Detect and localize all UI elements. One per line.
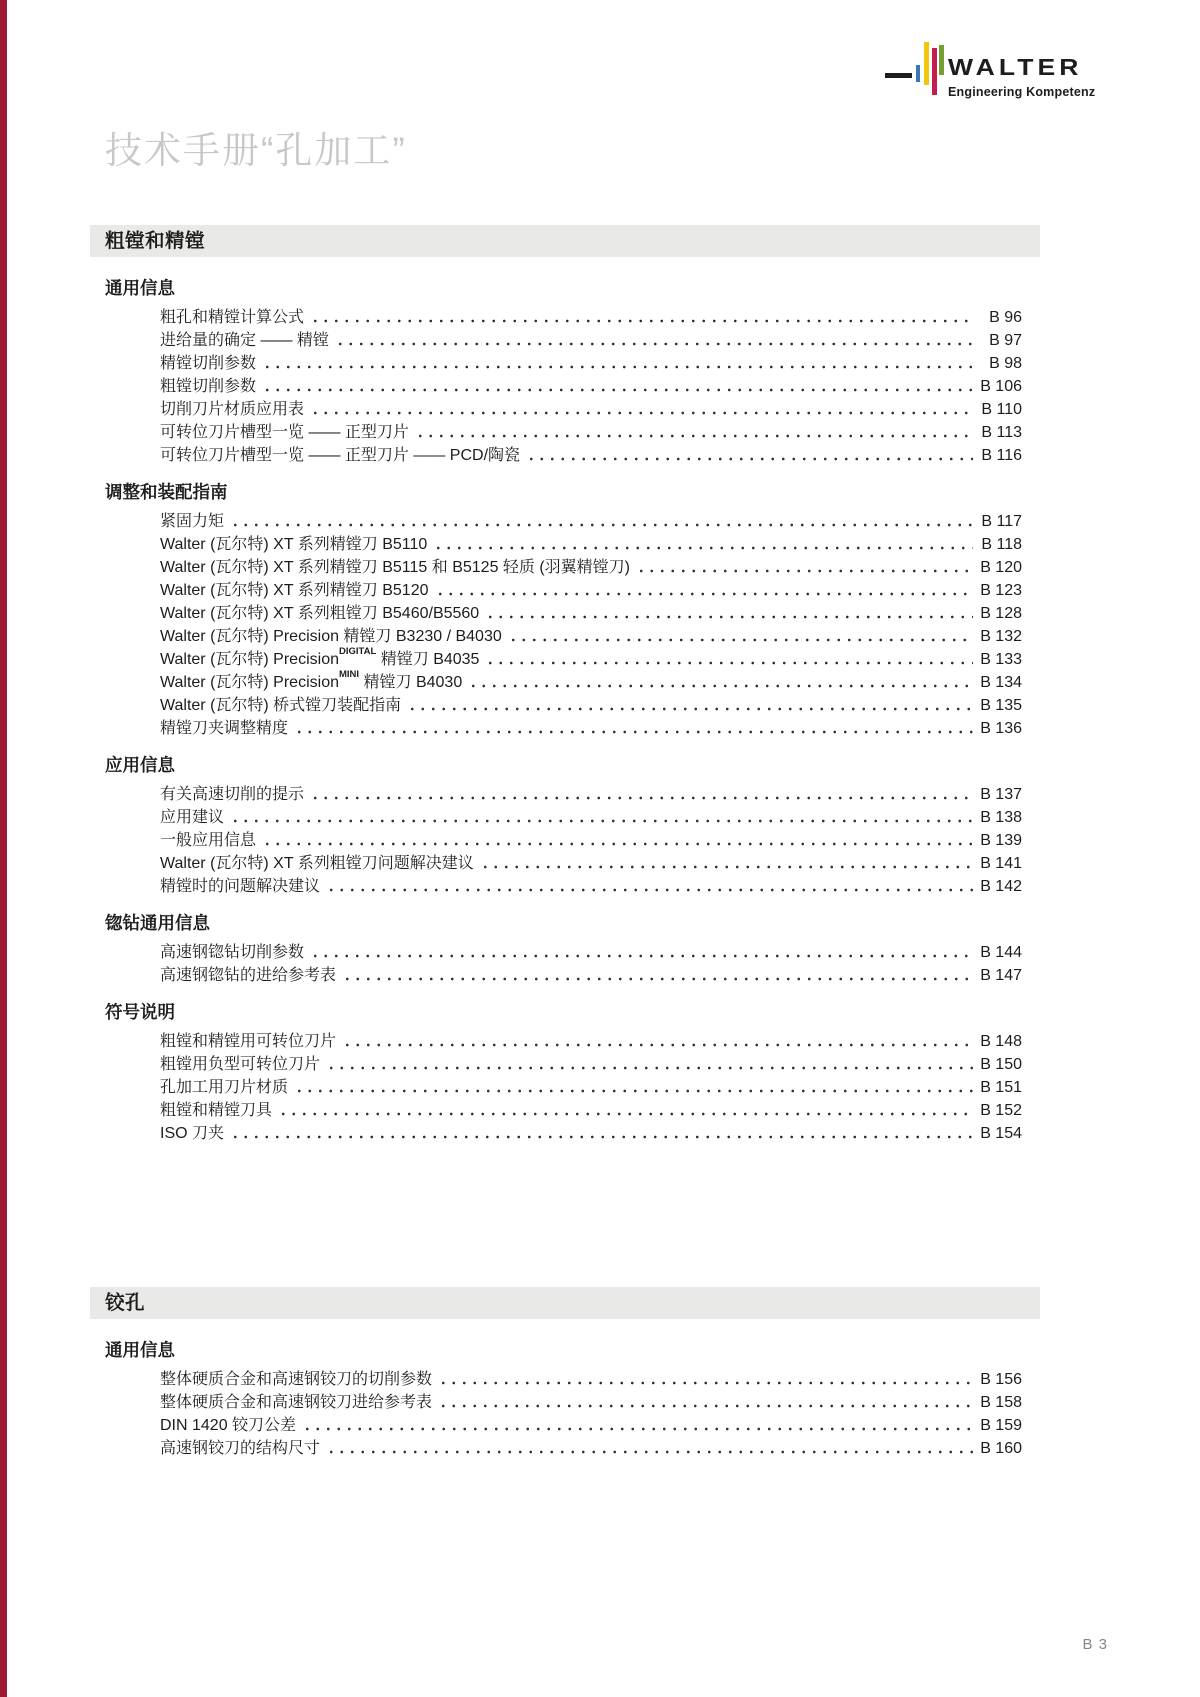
toc-page-number: B 138: [976, 806, 1022, 829]
toc-dot-leader: [310, 306, 973, 329]
toc-entry[interactable]: Walter (瓦尔特) XT 系列粗镗刀 B5460/B5560B 128: [90, 602, 1040, 625]
toc-page-number: B 141: [976, 852, 1022, 875]
toc-page-number: B 137: [976, 783, 1022, 806]
group-title: 应用信息: [90, 753, 1040, 777]
toc-dot-leader: [310, 398, 973, 421]
toc-page-number: B 151: [976, 1076, 1022, 1099]
label-text: 精镗刀 B4030: [359, 674, 462, 691]
toc-entry-label: Walter (瓦尔特) 桥式镗刀装配指南: [160, 694, 401, 717]
toc-page-number: B 118: [976, 533, 1022, 556]
label-text: DIN 1420 铰刀公差: [160, 1417, 296, 1434]
toc-entry-label: Walter (瓦尔特) XT 系列粗镗刀 B5460/B5560: [160, 602, 479, 625]
toc-group: 锪钻通用信息高速钢锪钻切削参数B 144高速钢锪钻的进给参考表B 147: [90, 911, 1040, 987]
toc-entry[interactable]: Walter (瓦尔特) XT 系列精镗刀 B5120B 123: [90, 579, 1040, 602]
toc-entry-label: 紧固力矩: [160, 510, 224, 533]
group-title: 锪钻通用信息: [90, 911, 1040, 935]
toc-group: 通用信息粗孔和精镗计算公式B 96进给量的确定 —— 精镗B 97精镗切削参数B…: [90, 276, 1040, 467]
toc-entry-label: 高速钢铰刀的结构尺寸: [160, 1437, 320, 1460]
toc-entry-label: Walter (瓦尔特) XT 系列精镗刀 B5115 和 B5125 轻质 (…: [160, 556, 630, 579]
toc-entry[interactable]: 粗镗和精镗刀具B 152: [90, 1099, 1040, 1122]
label-text: Walter (瓦尔特) XT 系列精镗刀 B5120: [160, 582, 429, 599]
toc-page-number: B 159: [976, 1414, 1022, 1437]
label-text: 粗镗切削参数: [160, 378, 256, 395]
toc-dot-leader: [485, 648, 973, 671]
toc-entry[interactable]: Walter (瓦尔特) XT 系列精镗刀 B5110B 118: [90, 533, 1040, 556]
toc-page-number: B 98: [976, 352, 1022, 375]
logo-dash: [885, 73, 912, 78]
toc-entry[interactable]: 精镗时的问题解决建议B 142: [90, 875, 1040, 898]
label-text: 粗镗和精镗用可转位刀片: [160, 1033, 336, 1050]
toc-page-number: B 139: [976, 829, 1022, 852]
toc-entry[interactable]: Walter (瓦尔特) 桥式镗刀装配指南B 135: [90, 694, 1040, 717]
label-text: 孔加工用刀片材质: [160, 1079, 288, 1096]
toc-entry-label: Walter (瓦尔特) PrecisionDIGITAL 精镗刀 B4035: [160, 648, 479, 671]
logo-tagline: Engineering Kompetenz: [948, 85, 1095, 99]
logo-bar-magenta: [932, 48, 937, 95]
toc-dot-leader: [230, 806, 973, 829]
toc-entry[interactable]: 高速钢锪钻切削参数B 144: [90, 941, 1040, 964]
label-text: 粗孔和精镗计算公式: [160, 309, 304, 326]
toc-entry-label: 精镗切削参数: [160, 352, 256, 375]
toc-page-number: B 97: [976, 329, 1022, 352]
toc-entry-label: 切削刀片材质应用表: [160, 398, 304, 421]
toc-dot-leader: [415, 421, 973, 444]
toc-entry-label: 应用建议: [160, 806, 224, 829]
toc-entry-label: Walter (瓦尔特) XT 系列精镗刀 B5110: [160, 533, 427, 556]
toc-page-number: B 136: [976, 717, 1022, 740]
toc-entry[interactable]: DIN 1420 铰刀公差B 159: [90, 1414, 1040, 1437]
toc-entry[interactable]: 粗镗和精镗用可转位刀片B 148: [90, 1030, 1040, 1053]
toc-dot-leader: [294, 717, 973, 740]
label-text: 精镗时的问题解决建议: [160, 878, 320, 895]
section-edge-strip: [0, 0, 7, 1697]
toc-dot-leader: [278, 1099, 973, 1122]
toc-dot-leader: [335, 329, 973, 352]
toc-dot-leader: [310, 783, 973, 806]
toc-entry[interactable]: 紧固力矩B 117: [90, 510, 1040, 533]
logo-bar-yellow: [924, 42, 929, 85]
toc-entry-label: Walter (瓦尔特) XT 系列粗镗刀问题解决建议: [160, 852, 474, 875]
label-text: 粗镗用负型可转位刀片: [160, 1056, 320, 1073]
toc-entry-label: 一般应用信息: [160, 829, 256, 852]
label-text: 高速钢锪钻的进给参考表: [160, 967, 336, 984]
toc-entry-label: 可转位刀片槽型一览 —— 正型刀片 —— PCD/陶瓷: [160, 444, 520, 467]
toc-entry-label: 精镗时的问题解决建议: [160, 875, 320, 898]
toc-page-number: B 160: [976, 1437, 1022, 1460]
toc-dot-leader: [262, 375, 973, 398]
toc-entry-label: Walter (瓦尔特) Precision 精镗刀 B3230 / B4030: [160, 625, 502, 648]
toc-entry[interactable]: Walter (瓦尔特) XT 系列精镗刀 B5115 和 B5125 轻质 (…: [90, 556, 1040, 579]
toc-page-number: B 144: [976, 941, 1022, 964]
label-text: 一般应用信息: [160, 832, 256, 849]
toc-page-number: B 134: [976, 671, 1022, 694]
toc-page-number: B 147: [976, 964, 1022, 987]
page-title: 技术手册“孔加工”: [105, 120, 407, 174]
label-superscript: DIGITAL: [339, 646, 376, 657]
logo-brand-text: WALTER: [948, 54, 1082, 81]
toc-entry[interactable]: 有关高速切削的提示B 137: [90, 783, 1040, 806]
label-text: 进给量的确定 —— 精镗: [160, 332, 329, 349]
group-title: 通用信息: [90, 276, 1040, 300]
toc-group: 应用信息有关高速切削的提示B 137应用建议B 138一般应用信息B 139Wa…: [90, 753, 1040, 898]
toc-entry[interactable]: 粗镗用负型可转位刀片B 150: [90, 1053, 1040, 1076]
toc-entry[interactable]: 应用建议B 138: [90, 806, 1040, 829]
page-number: B 3: [1082, 1636, 1108, 1653]
label-text: Walter (瓦尔特) 桥式镗刀装配指南: [160, 697, 401, 714]
label-text: 高速钢锪钻切削参数: [160, 944, 304, 961]
label-text: Walter (瓦尔特) XT 系列精镗刀 B5115 和 B5125 轻质 (…: [160, 559, 630, 576]
toc-dot-leader: [433, 533, 973, 556]
toc-section: 粗镗和精镗通用信息粗孔和精镗计算公式B 96进给量的确定 —— 精镗B 97精镗…: [90, 225, 1040, 1145]
toc-entry-label: 粗镗和精镗刀具: [160, 1099, 272, 1122]
label-superscript: MINI: [339, 669, 359, 680]
label-text: Walter (瓦尔特) Precision 精镗刀 B3230 / B4030: [160, 628, 502, 645]
label-text: 整体硬质合金和高速钢铰刀的切削参数: [160, 1371, 432, 1388]
toc-entry-label: 可转位刀片槽型一览 —— 正型刀片: [160, 421, 409, 444]
label-text: ISO 刀夹: [160, 1125, 224, 1142]
toc-entry-label: Walter (瓦尔特) PrecisionMINI 精镗刀 B4030: [160, 671, 462, 694]
toc-dot-leader: [485, 602, 973, 625]
label-text: 精镗刀夹调整精度: [160, 720, 288, 737]
toc-page-number: B 106: [976, 375, 1022, 398]
toc-page-number: B 142: [976, 875, 1022, 898]
section-header: 铰孔: [90, 1287, 1040, 1319]
toc-dot-leader: [326, 875, 973, 898]
toc-page-number: B 154: [976, 1122, 1022, 1145]
toc-dot-leader: [468, 671, 973, 694]
label-text: Walter (瓦尔特) XT 系列粗镗刀问题解决建议: [160, 855, 474, 872]
toc-entry-label: 高速钢锪钻切削参数: [160, 941, 304, 964]
toc-section: 铰孔通用信息整体硬质合金和高速钢铰刀的切削参数B 156整体硬质合金和高速钢铰刀…: [90, 1287, 1040, 1460]
toc-entry-label: 有关高速切削的提示: [160, 783, 304, 806]
toc-dot-leader: [407, 694, 973, 717]
toc-page-number: B 150: [976, 1053, 1022, 1076]
toc-page-number: B 120: [976, 556, 1022, 579]
label-text: 切削刀片材质应用表: [160, 401, 304, 418]
toc-entry-label: 整体硬质合金和高速钢铰刀的切削参数: [160, 1368, 432, 1391]
toc-root: 粗镗和精镗通用信息粗孔和精镗计算公式B 96进给量的确定 —— 精镗B 97精镗…: [90, 225, 1040, 1460]
label-text: 精镗切削参数: [160, 355, 256, 372]
label-text: 可转位刀片槽型一览 —— 正型刀片: [160, 424, 409, 441]
toc-entry-label: 进给量的确定 —— 精镗: [160, 329, 329, 352]
toc-page-number: B 116: [976, 444, 1022, 467]
label-text: 精镗刀 B4035: [376, 651, 479, 668]
toc-entry-label: 粗镗切削参数: [160, 375, 256, 398]
logo-bar-green: [939, 45, 944, 75]
label-text: 可转位刀片槽型一览 —— 正型刀片 —— PCD/陶瓷: [160, 447, 520, 464]
toc-entry-label: DIN 1420 铰刀公差: [160, 1414, 296, 1437]
label-text: Walter (瓦尔特) Precision: [160, 651, 339, 668]
toc-entry[interactable]: 孔加工用刀片材质B 151: [90, 1076, 1040, 1099]
toc-entry[interactable]: 精镗刀夹调整精度B 136: [90, 717, 1040, 740]
toc-entry[interactable]: 高速钢铰刀的结构尺寸B 160: [90, 1437, 1040, 1460]
label-text: 紧固力矩: [160, 513, 224, 530]
toc-page-number: B 117: [976, 510, 1022, 533]
toc-entry[interactable]: 高速钢锪钻的进给参考表B 147: [90, 964, 1040, 987]
toc-page-number: B 132: [976, 625, 1022, 648]
toc-entry[interactable]: 切削刀片材质应用表B 110: [90, 398, 1040, 421]
toc-dot-leader: [526, 444, 973, 467]
toc-dot-leader: [326, 1437, 973, 1460]
toc-page-number: B 128: [976, 602, 1022, 625]
group-title: 通用信息: [90, 1338, 1040, 1362]
label-text: Walter (瓦尔特) Precision: [160, 674, 339, 691]
toc-entry[interactable]: Walter (瓦尔特) XT 系列粗镗刀问题解决建议B 141: [90, 852, 1040, 875]
toc-dot-leader: [636, 556, 973, 579]
label-text: Walter (瓦尔特) XT 系列精镗刀 B5110: [160, 536, 427, 553]
toc-dot-leader: [230, 510, 973, 533]
toc-entry[interactable]: Walter (瓦尔特) PrecisionMINI 精镗刀 B4030B 13…: [90, 671, 1040, 694]
toc-page-number: B 110: [976, 398, 1022, 421]
toc-page-number: B 158: [976, 1391, 1022, 1414]
toc-entry[interactable]: 粗镗切削参数B 106: [90, 375, 1040, 398]
toc-dot-leader: [438, 1368, 973, 1391]
toc-page-number: B 135: [976, 694, 1022, 717]
toc-dot-leader: [230, 1122, 973, 1145]
toc-page-number: B 156: [976, 1368, 1022, 1391]
toc-dot-leader: [294, 1076, 973, 1099]
toc-dot-leader: [480, 852, 973, 875]
toc-page-number: B 113: [976, 421, 1022, 444]
toc-entry[interactable]: Walter (瓦尔特) PrecisionDIGITAL 精镗刀 B4035B…: [90, 648, 1040, 671]
toc-group: 调整和装配指南紧固力矩B 117Walter (瓦尔特) XT 系列精镗刀 B5…: [90, 480, 1040, 740]
toc-entry[interactable]: 整体硬质合金和高速钢铰刀进给参考表B 158: [90, 1391, 1040, 1414]
logo-bar-blue: [916, 65, 920, 82]
toc-page-number: B 133: [976, 648, 1022, 671]
toc-entry[interactable]: Walter (瓦尔特) Precision 精镗刀 B3230 / B4030…: [90, 625, 1040, 648]
group-title: 符号说明: [90, 1000, 1040, 1024]
toc-dot-leader: [342, 964, 973, 987]
toc-dot-leader: [326, 1053, 973, 1076]
toc-entry[interactable]: 一般应用信息B 139: [90, 829, 1040, 852]
group-title: 调整和装配指南: [90, 480, 1040, 504]
toc-entry-label: 高速钢锪钻的进给参考表: [160, 964, 336, 987]
toc-entry-label: Walter (瓦尔特) XT 系列精镗刀 B5120: [160, 579, 429, 602]
toc-dot-leader: [262, 829, 973, 852]
toc-entry-label: ISO 刀夹: [160, 1122, 224, 1145]
toc-entry[interactable]: 粗孔和精镗计算公式B 96: [90, 306, 1040, 329]
toc-entry-label: 整体硬质合金和高速钢铰刀进给参考表: [160, 1391, 432, 1414]
toc-dot-leader: [262, 352, 973, 375]
label-text: 高速钢铰刀的结构尺寸: [160, 1440, 320, 1457]
toc-entry-label: 粗镗用负型可转位刀片: [160, 1053, 320, 1076]
toc-entry[interactable]: 精镗切削参数B 98: [90, 352, 1040, 375]
walter-logo: WALTER Engineering Kompetenz: [885, 40, 1112, 102]
toc-page-number: B 152: [976, 1099, 1022, 1122]
toc-dot-leader: [435, 579, 974, 602]
toc-entry[interactable]: 可转位刀片槽型一览 —— 正型刀片 —— PCD/陶瓷B 116: [90, 444, 1040, 467]
label-text: 粗镗和精镗刀具: [160, 1102, 272, 1119]
section-header: 粗镗和精镗: [90, 225, 1040, 257]
toc-dot-leader: [302, 1414, 973, 1437]
toc-dot-leader: [342, 1030, 973, 1053]
toc-group: 符号说明粗镗和精镗用可转位刀片B 148粗镗用负型可转位刀片B 150孔加工用刀…: [90, 1000, 1040, 1145]
toc-entry-label: 粗镗和精镗用可转位刀片: [160, 1030, 336, 1053]
toc-dot-leader: [508, 625, 973, 648]
toc-entry-label: 精镗刀夹调整精度: [160, 717, 288, 740]
toc-dot-leader: [438, 1391, 973, 1414]
label-text: 应用建议: [160, 809, 224, 826]
toc-dot-leader: [310, 941, 973, 964]
toc-entry-label: 孔加工用刀片材质: [160, 1076, 288, 1099]
toc-entry[interactable]: 可转位刀片槽型一览 —— 正型刀片B 113: [90, 421, 1040, 444]
toc-page-number: B 123: [976, 579, 1022, 602]
toc-entry[interactable]: 进给量的确定 —— 精镗B 97: [90, 329, 1040, 352]
toc-group: 通用信息整体硬质合金和高速钢铰刀的切削参数B 156整体硬质合金和高速钢铰刀进给…: [90, 1338, 1040, 1460]
toc-page-number: B 96: [976, 306, 1022, 329]
toc-entry[interactable]: 整体硬质合金和高速钢铰刀的切削参数B 156: [90, 1368, 1040, 1391]
label-text: 整体硬质合金和高速钢铰刀进给参考表: [160, 1394, 432, 1411]
label-text: Walter (瓦尔特) XT 系列粗镗刀 B5460/B5560: [160, 605, 479, 622]
toc-page-number: B 148: [976, 1030, 1022, 1053]
toc-entry-label: 粗孔和精镗计算公式: [160, 306, 304, 329]
toc-entry[interactable]: ISO 刀夹B 154: [90, 1122, 1040, 1145]
label-text: 有关高速切削的提示: [160, 786, 304, 803]
